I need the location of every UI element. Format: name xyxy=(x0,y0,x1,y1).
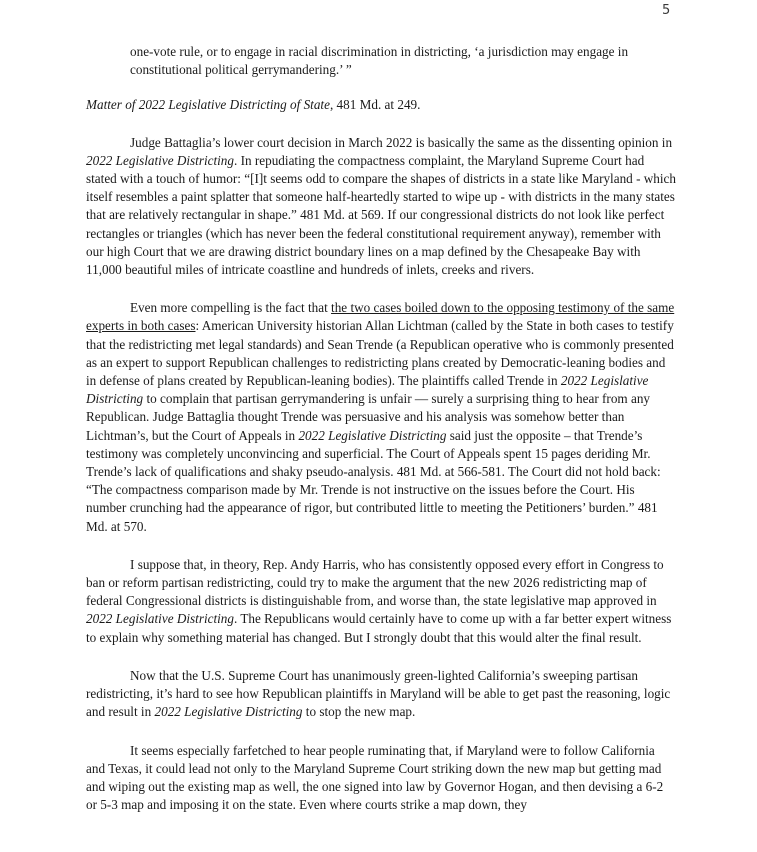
case-name-italic: 2022 Legislative Districting xyxy=(86,611,234,626)
paragraph-battaglia-decision: Judge Battaglia’s lower court decision i… xyxy=(86,134,676,280)
case-citation: Matter of 2022 Legislative Districting o… xyxy=(86,96,676,114)
paragraph-andy-harris: I suppose that, in theory, Rep. Andy Har… xyxy=(86,556,676,647)
text-segment: Judge Battaglia’s lower court decision i… xyxy=(130,135,672,150)
page-number: 5 xyxy=(662,3,670,18)
text-segment: to stop the new map. xyxy=(303,704,416,719)
text-segment: It seems especially farfetched to hear p… xyxy=(86,743,663,813)
block-quote: one-vote rule, or to engage in racial di… xyxy=(130,43,675,79)
text-segment: . In repudiating the compactness complai… xyxy=(86,153,676,277)
text-segment: said just the opposite – that Trende’s t… xyxy=(86,428,661,534)
document-body: one-vote rule, or to engage in racial di… xyxy=(86,43,676,814)
case-name-italic: 2022 Legislative Districting xyxy=(155,704,303,719)
case-name-italic: 2022 Legislative Districting xyxy=(86,153,234,168)
case-name: Matter of 2022 Legislative Districting o… xyxy=(86,97,330,112)
text-segment: I suppose that, in theory, Rep. Andy Har… xyxy=(86,557,664,608)
text-segment: Even more compelling is the fact that xyxy=(130,300,331,315)
paragraph-farfetched-speculation: It seems especially farfetched to hear p… xyxy=(86,742,676,815)
paragraph-expert-testimony: Even more compelling is the fact that th… xyxy=(86,299,676,536)
case-name-italic: 2022 Legislative Districting xyxy=(298,428,446,443)
case-reference: , 481 Md. at 249. xyxy=(330,97,420,112)
paragraph-supreme-court-california: Now that the U.S. Supreme Court has unan… xyxy=(86,667,676,722)
